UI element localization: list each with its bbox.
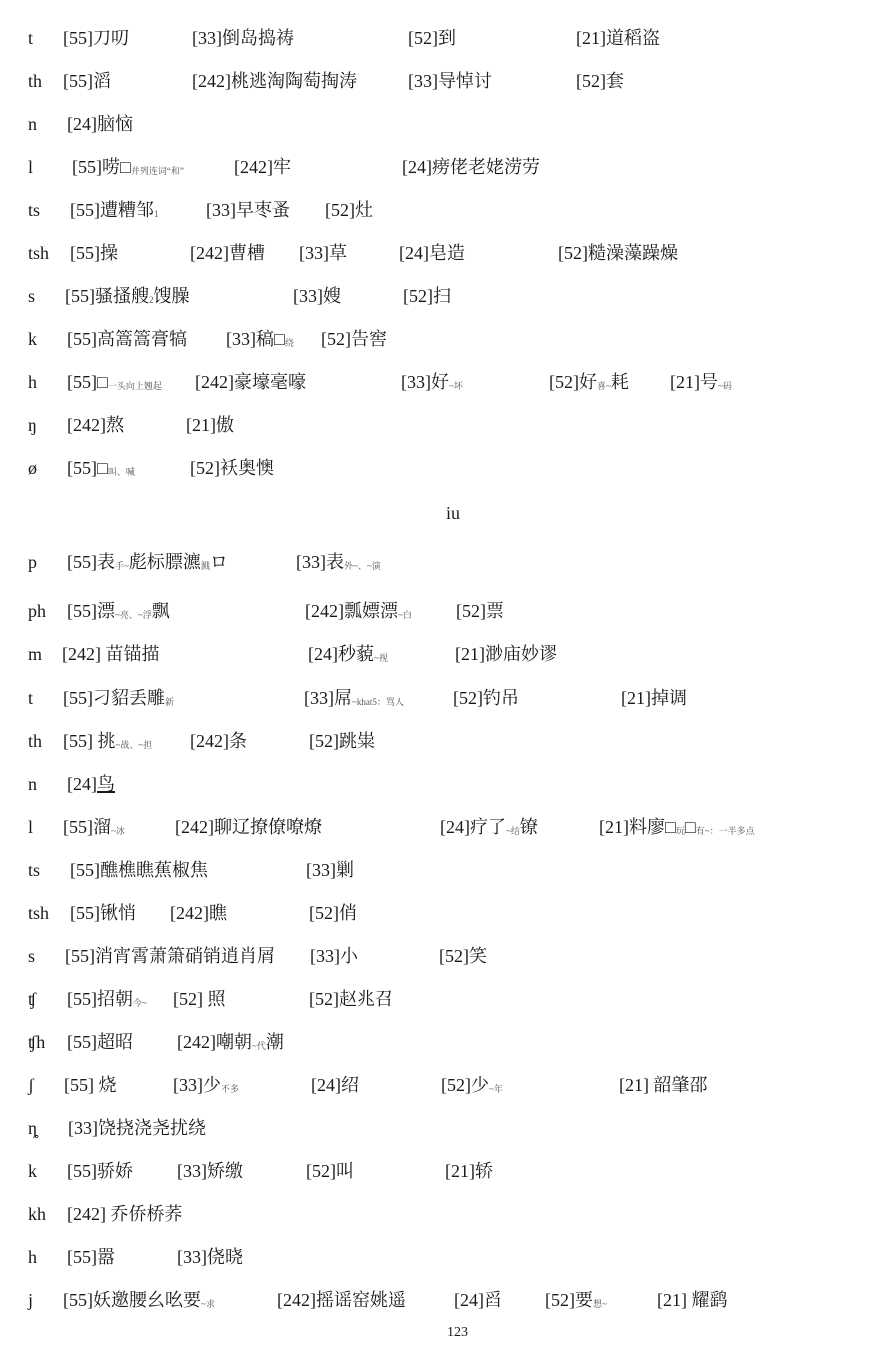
characters: 操 xyxy=(100,243,118,263)
tone-value: [52] xyxy=(558,243,588,263)
tone-group: [52]钓吊 xyxy=(453,686,519,710)
tone-value: [52] xyxy=(456,601,486,621)
tone-group: [55]滔 xyxy=(63,69,111,93)
tone-value: [55] xyxy=(67,458,97,478)
tone-value: [242] xyxy=(192,71,231,91)
gloss-note: 想~ xyxy=(593,1299,607,1309)
tone-group: [21] 耀鹞 xyxy=(657,1288,728,1312)
tone-group: [52]赵兆召 xyxy=(309,987,393,1011)
characters: 醮樵瞧蕉椒焦 xyxy=(100,860,208,880)
characters: 道稻盗 xyxy=(606,28,660,48)
tone-group: [55]骚搔艘2馊臊 xyxy=(65,284,190,312)
initial-consonant: p xyxy=(28,550,37,574)
gloss-note: 绕 xyxy=(285,338,294,348)
characters: 绍 xyxy=(341,1075,359,1095)
syllable-row: th[55] 挑~战、~担[242]条[52]跳粜 xyxy=(0,729,877,759)
characters: 疗了 xyxy=(470,817,506,837)
tone-value: [33] xyxy=(192,28,222,48)
characters: 少 xyxy=(471,1075,489,1095)
tone-group: [33]剿 xyxy=(306,858,354,882)
initial-consonant: h xyxy=(28,1245,37,1269)
tone-value: [33] xyxy=(306,860,336,880)
tone-group: [33]表外~、~演 xyxy=(296,550,381,578)
initial-consonant: kh xyxy=(28,1202,46,1226)
characters: ロ xyxy=(210,552,228,572)
tone-value: [55] xyxy=(63,71,93,91)
tone-group: [55]唠□并列连词“和” xyxy=(72,155,184,183)
tone-value: [55] xyxy=(67,372,97,392)
characters: □ xyxy=(97,372,108,392)
tone-group: [55]高篙篙膏犒 xyxy=(67,327,187,351)
tone-value: [242] xyxy=(234,157,273,177)
characters: 秒藐 xyxy=(338,644,374,664)
tone-group: [55]溜~冰 xyxy=(63,815,125,843)
initial-consonant: ʧh xyxy=(28,1030,45,1054)
tone-group: [242]聊辽撩僚嘹燎 xyxy=(175,815,322,839)
characters: 糙澡藻躁燥 xyxy=(588,243,678,263)
tone-group: [21] 韶肇邵 xyxy=(619,1073,708,1097)
characters: 滔 xyxy=(93,71,111,91)
tone-value: [21] xyxy=(619,1075,649,1095)
syllable-row: ph[55]漂~亮、~浮飘[242]瓢嫖漂~白[52]票 xyxy=(0,599,877,629)
tone-group: [33]少不多 xyxy=(173,1073,239,1101)
tone-group: [52]笑 xyxy=(439,944,487,968)
characters: 少 xyxy=(203,1075,221,1095)
tone-group: [55]漂~亮、~浮飘 xyxy=(67,599,170,627)
syllable-row: ŋ[242]熬[21]傲 xyxy=(0,413,877,443)
tone-group: [52]要想~ xyxy=(545,1288,607,1316)
gloss-note: ~求 xyxy=(201,1299,215,1309)
tone-group: [33]屌~khat5：骂人 xyxy=(304,686,404,714)
tone-value: [33] xyxy=(296,552,326,572)
characters: 要 xyxy=(575,1290,593,1310)
tone-group: [33]导悼讨 xyxy=(408,69,492,93)
gloss-note: 溅 xyxy=(201,561,210,571)
syllable-row: tsh[55]操[242]曹槽[33]草[24]皂造[52]糙澡藻躁燥 xyxy=(0,241,877,271)
tone-value: [52] xyxy=(309,989,339,1009)
characters: 好 xyxy=(431,372,449,392)
characters: 照 xyxy=(203,989,226,1009)
tone-value: [24] xyxy=(311,1075,341,1095)
initial-consonant: t xyxy=(28,26,33,50)
characters: 烧 xyxy=(94,1075,117,1095)
characters: 好 xyxy=(579,372,597,392)
initial-consonant: m xyxy=(28,642,42,666)
tone-value: [55] xyxy=(67,329,97,349)
characters: 苗锚描 xyxy=(101,644,160,664)
tone-value: [24] xyxy=(399,243,429,263)
tone-group: [55] 挑~战、~担 xyxy=(63,729,152,757)
tone-value: [52] xyxy=(403,286,433,306)
initial-consonant: ȵ xyxy=(28,1116,37,1140)
tone-value: [33] xyxy=(177,1161,207,1181)
characters: 钓吊 xyxy=(483,688,519,708)
tone-value: [52] xyxy=(408,28,438,48)
syllable-row: m[242] 苗锚描[24]秒藐~视[21]渺庙妙谬 xyxy=(0,642,877,672)
gloss-note: ~khat5：骂人 xyxy=(352,697,404,707)
tone-group: [55]超昭 xyxy=(67,1030,133,1054)
characters: 超昭 xyxy=(97,1032,133,1052)
characters: 唠□ xyxy=(102,157,131,177)
tone-value: [242] xyxy=(67,1204,106,1224)
syllable-row: k[55]高篙篙膏犒[33]稿□绕[52]告窖 xyxy=(0,327,877,357)
characters: 曹槽 xyxy=(229,243,265,263)
characters: 漂 xyxy=(97,601,115,621)
characters: 镣 xyxy=(520,817,538,837)
tone-group: [24]脑恼 xyxy=(67,112,133,136)
gloss-note: 叫、喊 xyxy=(108,467,135,477)
tone-value: [55] xyxy=(70,903,100,923)
initial-consonant: tsh xyxy=(28,901,49,925)
characters: 骚搔艘 xyxy=(95,286,149,306)
gloss-note: ~码 xyxy=(718,381,732,391)
gloss-note: ~白 xyxy=(398,610,412,620)
characters: 潮 xyxy=(266,1032,284,1052)
tone-group: [52]叫 xyxy=(306,1159,354,1183)
characters: 溜 xyxy=(93,817,111,837)
characters: 妖邀腰幺吆要 xyxy=(93,1290,201,1310)
tone-value: [242] xyxy=(195,372,234,392)
characters: 俏 xyxy=(339,903,357,923)
gloss-note: 手~ xyxy=(115,561,129,571)
characters: 舀 xyxy=(484,1290,502,1310)
tone-group: [21]号~码 xyxy=(670,370,732,398)
characters: 摇谣窑姚遥 xyxy=(316,1290,406,1310)
characters: 稿□ xyxy=(256,329,285,349)
tone-value: [21] xyxy=(455,644,485,664)
tone-group: [52]袄奥懊 xyxy=(190,456,274,480)
tone-group: [21]傲 xyxy=(186,413,234,437)
characters: 招朝 xyxy=(97,989,133,1009)
tone-value: [242] xyxy=(190,731,229,751)
tone-value: [52] xyxy=(576,71,606,91)
characters: 聊辽撩僚嘹燎 xyxy=(214,817,322,837)
tone-group: [24]绍 xyxy=(311,1073,359,1097)
tone-value: [33] xyxy=(177,1247,207,1267)
characters: 飘 xyxy=(152,601,170,621)
tone-group: [242]曹槽 xyxy=(190,241,265,265)
gloss-note: ~亮、~浮 xyxy=(115,610,152,620)
tone-group: [55]嚣 xyxy=(67,1245,115,1269)
gloss-note: 玩 xyxy=(676,826,685,836)
gloss-note: ~代 xyxy=(252,1041,266,1051)
characters: 刁貂丢雕 xyxy=(93,688,165,708)
tone-value: [24] xyxy=(440,817,470,837)
tone-group: [55]遭糟邹1 xyxy=(70,198,159,226)
characters: 告窖 xyxy=(351,329,387,349)
page-number: 123 xyxy=(447,1324,468,1342)
tone-value: [52] xyxy=(549,372,579,392)
tone-value: [21] xyxy=(621,688,651,708)
characters: 脑恼 xyxy=(97,114,133,134)
tone-value: [55] xyxy=(63,731,93,751)
characters: 小 xyxy=(340,946,358,966)
tone-group: [242]牢 xyxy=(234,155,291,179)
characters: 跳粜 xyxy=(339,731,375,751)
characters: 骄娇 xyxy=(97,1161,133,1181)
tone-group: [52]少~年 xyxy=(441,1073,503,1101)
tone-value: [33] xyxy=(401,372,431,392)
characters: 扫 xyxy=(433,286,451,306)
tone-value: [55] xyxy=(70,860,100,880)
characters: 屌 xyxy=(334,688,352,708)
tone-value: [33] xyxy=(206,200,236,220)
tone-group: [55] 烧 xyxy=(64,1073,117,1097)
syllable-row: s[55]骚搔艘2馊臊[33]嫂[52]扫 xyxy=(0,284,877,314)
tone-group: [33]饶挠浇尧扰绕 xyxy=(68,1116,206,1140)
characters: 傲 xyxy=(216,415,234,435)
characters: 嘲朝 xyxy=(216,1032,252,1052)
tone-value: [55] xyxy=(70,200,100,220)
tone-group: [52]告窖 xyxy=(321,327,387,351)
initial-consonant: j xyxy=(28,1288,33,1312)
tone-group: [55]消宵霄萧箫硝销逍肖屑 xyxy=(65,944,275,968)
syllable-row: ʧh[55]超昭[242]嘲朝~代潮 xyxy=(0,1030,877,1060)
characters: □ xyxy=(685,817,696,837)
tone-value: [33] xyxy=(310,946,340,966)
tone-value: [52] xyxy=(190,458,220,478)
tone-group: [24]皂造 xyxy=(399,241,465,265)
tone-value: [55] xyxy=(72,157,102,177)
characters: 耗 xyxy=(611,372,629,392)
tone-group: [52]好喜~耗 xyxy=(549,370,629,398)
tone-value: [242] xyxy=(305,601,344,621)
initial-consonant: n xyxy=(28,112,37,136)
initial-consonant: th xyxy=(28,69,42,93)
tone-value: [24] xyxy=(454,1290,484,1310)
tone-group: [242]摇谣窑姚遥 xyxy=(277,1288,406,1312)
characters: 票 xyxy=(486,601,504,621)
tone-group: [33]倒岛捣祷 xyxy=(192,26,294,50)
tone-value: [55] xyxy=(67,601,97,621)
tone-value: [52] xyxy=(439,946,469,966)
characters: 赵兆召 xyxy=(339,989,393,1009)
characters: 遭糟邹 xyxy=(100,200,154,220)
characters: 嚣 xyxy=(97,1247,115,1267)
tone-group: [55]刁貂丢雕新 xyxy=(63,686,174,714)
tone-group: [55]醮樵瞧蕉椒焦 xyxy=(70,858,208,882)
characters: 韶肇邵 xyxy=(649,1075,708,1095)
characters: 桃逃淘陶萄掏涛 xyxy=(231,71,357,91)
syllable-row: t[55]刀叨[33]倒岛捣祷[52]到[21]道稻盗 xyxy=(0,26,877,56)
tone-value: [24] xyxy=(308,644,338,664)
characters: 饶挠浇尧扰绕 xyxy=(98,1118,206,1138)
tone-value: [52] xyxy=(309,731,339,751)
syllable-row: ʧ[55]招朝今~[52] 照[52]赵兆召 xyxy=(0,987,877,1017)
gloss-note: ~视 xyxy=(374,653,388,663)
tone-group: [24]舀 xyxy=(454,1288,502,1312)
initial-consonant: s xyxy=(28,284,35,308)
gloss-note: 1 xyxy=(154,209,159,219)
tone-group: [52]票 xyxy=(456,599,504,623)
initial-consonant: ts xyxy=(28,858,40,882)
tone-group: [55]操 xyxy=(70,241,118,265)
characters: 鸟 xyxy=(97,774,115,794)
syllable-row: ø[55]□叫、喊[52]袄奥懊 xyxy=(0,456,877,486)
syllable-row: t[55]刁貂丢雕新[33]屌~khat5：骂人[52]钓吊[21]掉调 xyxy=(0,686,877,716)
tone-group: [21]轿 xyxy=(445,1159,493,1183)
characters: 耀鹞 xyxy=(687,1290,728,1310)
tone-value: [33] xyxy=(293,286,323,306)
tone-value: [242] xyxy=(67,415,106,435)
gloss-note: ~战、~担 xyxy=(116,740,153,750)
tone-value: [55] xyxy=(70,243,100,263)
characters: 号 xyxy=(700,372,718,392)
tone-value: [24] xyxy=(67,774,97,794)
initial-consonant: tsh xyxy=(28,241,49,265)
initial-consonant: ts xyxy=(28,198,40,222)
tone-group: [52]到 xyxy=(408,26,456,50)
tone-group: [21]料廖□玩□有~：一半多点 xyxy=(599,815,755,843)
syllable-row: ʃ[55] 烧[33]少不多[24]绍[52]少~年[21] 韶肇邵 xyxy=(0,1073,877,1103)
tone-group: [242]瓢嫖漂~白 xyxy=(305,599,412,627)
gloss-note: 并列连词“和” xyxy=(131,166,184,176)
tone-group: [33]早枣蚤 xyxy=(206,198,290,222)
tone-group: [33]侥晓 xyxy=(177,1245,243,1269)
tone-group: [24]秒藐~视 xyxy=(308,642,388,670)
characters: 矫缴 xyxy=(207,1161,243,1181)
characters: 掉调 xyxy=(651,688,687,708)
characters: 早枣蚤 xyxy=(236,200,290,220)
characters: 皂造 xyxy=(429,243,465,263)
tone-group: [24]鸟 xyxy=(67,772,115,796)
tone-group: [24]疗了~结镣 xyxy=(440,815,538,843)
syllable-row: l[55]唠□并列连词“和”[242]牢[24]痨佬老姥涝劳 xyxy=(0,155,877,185)
syllable-row: n[24]鸟 xyxy=(0,772,877,802)
tone-value: [52] xyxy=(321,329,351,349)
tone-group: [33]稿□绕 xyxy=(226,327,294,355)
tone-value: [242] xyxy=(62,644,101,664)
tone-group: [52] 照 xyxy=(173,987,226,1011)
tone-group: [33]小 xyxy=(310,944,358,968)
tone-group: [242]豪壕毫嚎 xyxy=(195,370,306,394)
initial-consonant: ʧ xyxy=(28,987,36,1011)
tone-value: [33] xyxy=(299,243,329,263)
tone-group: [24]痨佬老姥涝劳 xyxy=(402,155,540,179)
syllable-row: kh[242] 乔侨桥荞 xyxy=(0,1202,877,1232)
characters: 消宵霄萧箫硝销逍肖屑 xyxy=(95,946,275,966)
tone-value: [52] xyxy=(306,1161,336,1181)
tone-group: [242]嘲朝~代潮 xyxy=(177,1030,284,1058)
gloss-note: ~年 xyxy=(489,1084,503,1094)
syllable-row: tsh[55]锹悄[242]瞧[52]俏 xyxy=(0,901,877,931)
characters: 馊臊 xyxy=(154,286,190,306)
characters: 剿 xyxy=(336,860,354,880)
tone-group: [55]表手~彪标膘瀌溅ロ xyxy=(67,550,228,578)
characters: 痨佬老姥涝劳 xyxy=(432,157,540,177)
characters: 刀叨 xyxy=(93,28,129,48)
tone-group: [33]嫂 xyxy=(293,284,341,308)
characters: 灶 xyxy=(355,200,373,220)
tone-value: [21] xyxy=(445,1161,475,1181)
characters: 乔侨桥荞 xyxy=(106,1204,183,1224)
characters: 轿 xyxy=(475,1161,493,1181)
tone-group: [55]锹悄 xyxy=(70,901,136,925)
characters: 袄奥懊 xyxy=(220,458,274,478)
characters: 挑 xyxy=(93,731,116,751)
tone-value: [55] xyxy=(67,552,97,572)
tone-value: [242] xyxy=(277,1290,316,1310)
gloss-note: 外~、~演 xyxy=(344,561,381,571)
tone-value: [24] xyxy=(402,157,432,177)
tone-value: [21] xyxy=(576,28,606,48)
syllable-row: j[55]妖邀腰幺吆要~求[242]摇谣窑姚遥[24]舀[52]要想~[21] … xyxy=(0,1288,877,1318)
tone-group: [55]招朝今~ xyxy=(67,987,147,1015)
characters: 高篙篙膏犒 xyxy=(97,329,187,349)
initial-consonant: h xyxy=(28,370,37,394)
tone-value: [21] xyxy=(670,372,700,392)
tone-value: [52] xyxy=(441,1075,471,1095)
gloss-note: 有~：一半多点 xyxy=(696,826,755,836)
tone-value: [52] xyxy=(325,200,355,220)
tone-value: [52] xyxy=(453,688,483,708)
characters: 表 xyxy=(97,552,115,572)
initial-consonant: n xyxy=(28,772,37,796)
tone-group: [242] 苗锚描 xyxy=(62,642,160,666)
tone-group: [55]妖邀腰幺吆要~求 xyxy=(63,1288,215,1316)
tone-group: [52]糙澡藻躁燥 xyxy=(558,241,678,265)
initial-consonant: ø xyxy=(28,456,37,480)
initial-consonant: ph xyxy=(28,599,46,623)
gloss-note: 今~ xyxy=(133,998,147,1008)
tone-value: [33] xyxy=(68,1118,98,1138)
tone-group: [21]道稻盗 xyxy=(576,26,660,50)
tone-value: [52] xyxy=(309,903,339,923)
syllable-row: k[55]骄娇[33]矫缴[52]叫[21]轿 xyxy=(0,1159,877,1189)
initial-consonant: l xyxy=(28,155,33,179)
tone-value: [52] xyxy=(545,1290,575,1310)
characters: 草 xyxy=(329,243,347,263)
characters: 瞧 xyxy=(209,903,227,923)
tone-value: [55] xyxy=(63,1290,93,1310)
tone-value: [55] xyxy=(63,28,93,48)
syllable-row: n[24]脑恼 xyxy=(0,112,877,142)
tone-value: [55] xyxy=(67,1032,97,1052)
tone-group: [52]扫 xyxy=(403,284,451,308)
tone-value: [33] xyxy=(408,71,438,91)
gloss-note: ~冰 xyxy=(111,826,125,836)
initial-consonant: ŋ xyxy=(28,413,37,437)
tone-value: [242] xyxy=(177,1032,216,1052)
syllable-row: p[55]表手~彪标膘瀌溅ロ[33]表外~、~演 xyxy=(0,550,877,580)
tone-group: [33]草 xyxy=(299,241,347,265)
initial-consonant: th xyxy=(28,729,42,753)
characters: 条 xyxy=(229,731,247,751)
initial-consonant: t xyxy=(28,686,33,710)
gloss-note: 新 xyxy=(165,697,174,707)
syllable-row: h[55]嚣[33]侥晓 xyxy=(0,1245,877,1275)
tone-group: [52]跳粜 xyxy=(309,729,375,753)
syllable-row: l[55]溜~冰[242]聊辽撩僚嘹燎[24]疗了~结镣[21]料廖□玩□有~：… xyxy=(0,815,877,845)
tone-group: [55]骄娇 xyxy=(67,1159,133,1183)
tone-group: [242] 乔侨桥荞 xyxy=(67,1202,183,1226)
tone-group: [242]瞧 xyxy=(170,901,227,925)
characters: 瓢嫖漂 xyxy=(344,601,398,621)
syllable-row: s[55]消宵霄萧箫硝销逍肖屑[33]小[52]笑 xyxy=(0,944,877,974)
initial-consonant: k xyxy=(28,327,37,351)
tone-group: [242]条 xyxy=(190,729,247,753)
characters: 豪壕毫嚎 xyxy=(234,372,306,392)
characters: 渺庙妙谬 xyxy=(485,644,557,664)
characters: 倒岛捣祷 xyxy=(222,28,294,48)
characters: 侥晓 xyxy=(207,1247,243,1267)
gloss-note: 不多 xyxy=(221,1084,239,1094)
characters: 导悼讨 xyxy=(438,71,492,91)
tone-value: [33] xyxy=(173,1075,203,1095)
tone-value: [55] xyxy=(67,1247,97,1267)
tone-group: [33]好~坏 xyxy=(401,370,463,398)
tone-group: [52]灶 xyxy=(325,198,373,222)
